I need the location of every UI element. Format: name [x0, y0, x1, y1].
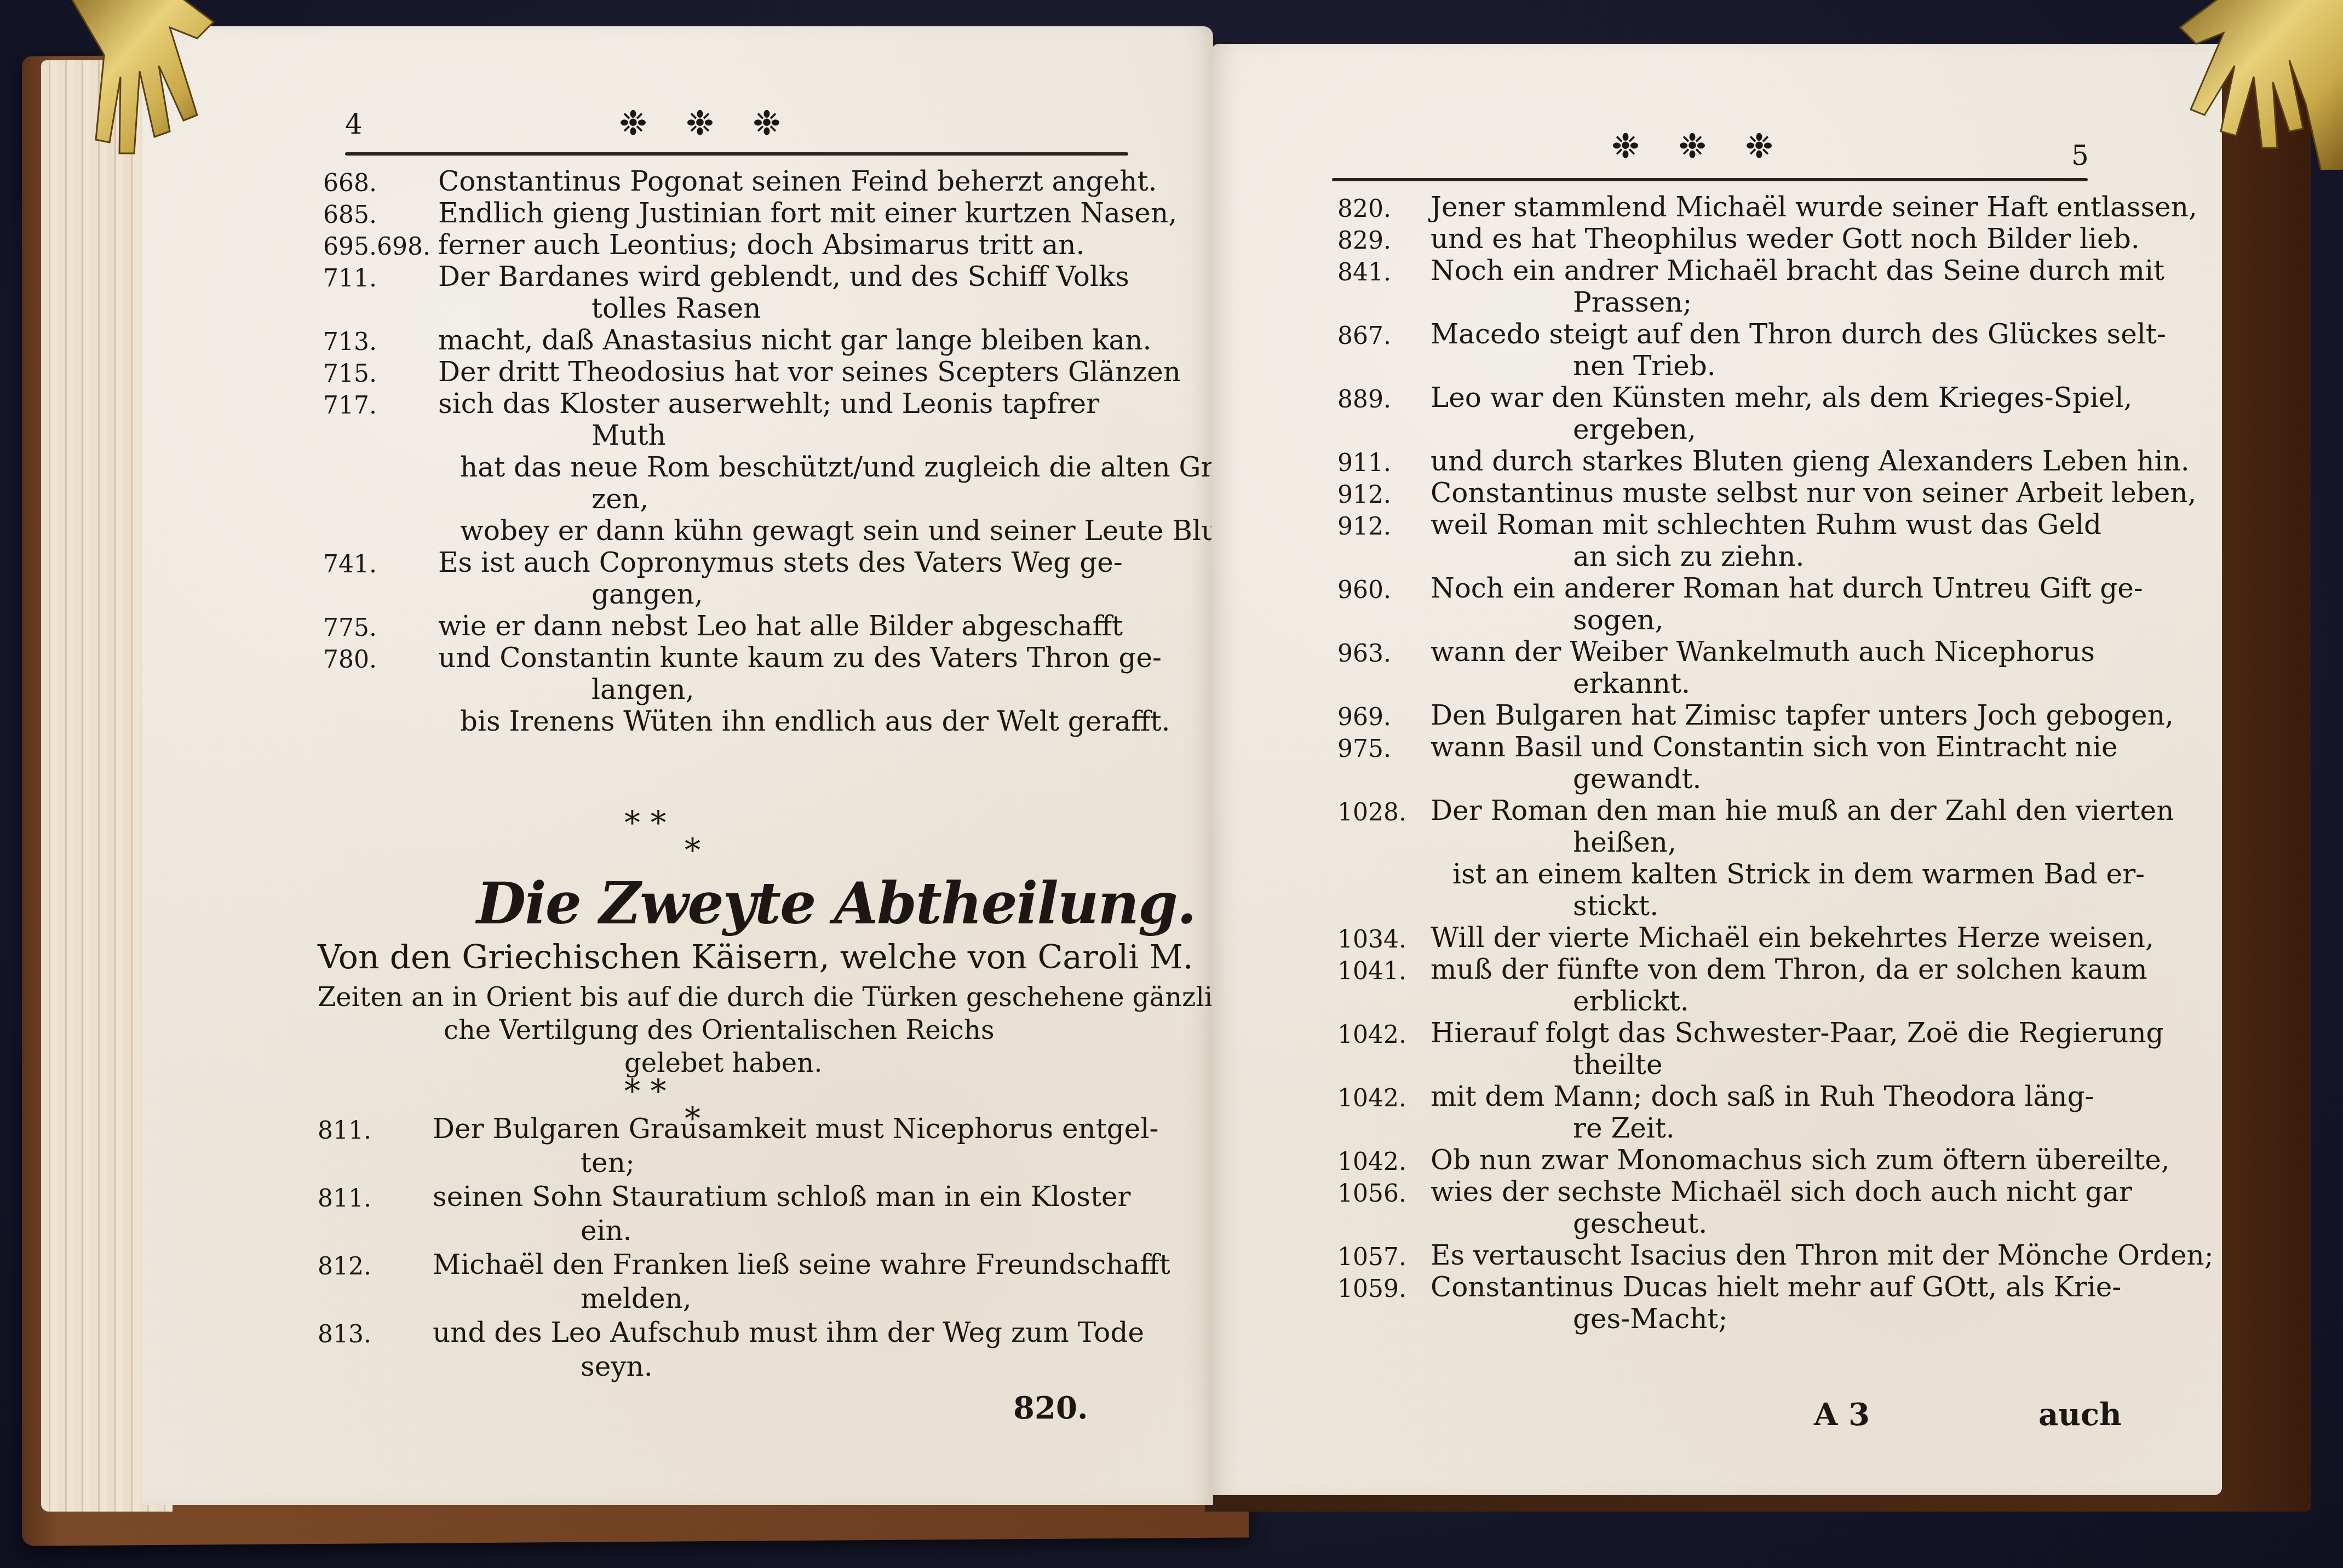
section-subtitle: che Vertilgung des Orientalischen Reichs	[444, 1015, 995, 1046]
page-number: 4	[345, 108, 363, 140]
entry-year: 685.	[323, 201, 377, 229]
entry-continuation: gewandt.	[1573, 763, 1701, 794]
entry-continuation: zen,	[592, 484, 648, 514]
page-number: 5	[2071, 140, 2089, 171]
entry-year: 1028.	[1337, 799, 1406, 826]
entry-text: wann Basil und Constantin sich von Eintr…	[1431, 732, 2117, 762]
entry-year: 820.	[1337, 195, 1391, 223]
entry-year: 1041.	[1337, 957, 1406, 985]
entry-text: ferner auch Leontius; doch Absimarus tri…	[438, 229, 1084, 260]
divider-stars: * *	[624, 804, 666, 841]
entry-year: 829.	[1337, 227, 1391, 255]
entry-continuation: tolles Rasen	[592, 293, 761, 324]
catchword: auch	[2038, 1397, 2122, 1433]
entry-year: 811.	[318, 1117, 371, 1145]
entry-year: 668.	[323, 169, 377, 197]
right-page: ❉❉❉ 5 820.Jener stammlend Michaël wurde …	[1211, 44, 2222, 1495]
entry-continuation: nen Trieb.	[1573, 351, 1716, 381]
entry-text: und es hat Theophilus weder Gott noch Bi…	[1431, 223, 2140, 254]
entry-continuation: Prassen;	[1573, 287, 1692, 318]
entry-year: 975.	[1337, 735, 1391, 763]
entry-text: Macedo steigt auf den Thron durch des Gl…	[1431, 319, 2166, 349]
entry-year: 1042.	[1337, 1084, 1406, 1112]
entry-text: wies der sechste Michaël sich doch auch …	[1431, 1176, 2132, 1207]
entry-text: Ob nun zwar Monomachus sich zum öftern ü…	[1431, 1145, 2170, 1175]
entry-year: 717.	[323, 392, 377, 420]
left-page: 4 ❉❉❉ 668.Constantinus Pogonat seinen Fe…	[142, 26, 1213, 1505]
entry-continuation: heißen,	[1573, 827, 1676, 858]
entry-text: hat das neue Rom beschützt/und zugleich …	[460, 452, 1257, 483]
catchword: 820.	[1013, 1390, 1088, 1426]
entry-text: muß der fünfte von dem Thron, da er solc…	[1431, 954, 2147, 985]
entry-text: Der Bulgaren Grausamkeit must Nicephorus…	[433, 1113, 1158, 1144]
entry-continuation: ges-Macht;	[1573, 1303, 1727, 1334]
section-heading: Die Zweyte Abtheilung.	[476, 870, 1196, 937]
entry-year: 1057.	[1337, 1243, 1406, 1271]
entry-text: Michaël den Franken ließ seine wahre Fre…	[433, 1249, 1170, 1280]
entry-text: Leo war den Künsten mehr, als dem Kriege…	[1431, 382, 2132, 413]
entry-text: wobey er dann kühn gewagt sein und seine…	[460, 515, 1238, 546]
entry-text: Constantinus Ducas hielt mehr auf GOtt, …	[1431, 1272, 2121, 1302]
header-ornament-icon: ❉❉❉	[619, 103, 819, 143]
entry-continuation: gescheut.	[1573, 1208, 1707, 1239]
entry-year: 912.	[1337, 481, 1391, 509]
entry-year: 713.	[323, 328, 377, 356]
entry-text: und des Leo Aufschub must ihm der Weg zu…	[433, 1317, 1144, 1348]
divider-star: *	[685, 831, 700, 869]
entry-text: Hierauf folgt das Schwester-Paar, Zoë di…	[1431, 1018, 2164, 1048]
entry-year: 812.	[318, 1253, 371, 1280]
entry-text: Constantinus Pogonat seinen Feind beherz…	[438, 166, 1157, 197]
entry-year: 741.	[323, 550, 377, 578]
entry-text: Endlich gieng Justinian fort mit einer k…	[438, 198, 1177, 228]
entry-text: macht, daß Anastasius nicht gar lange bl…	[438, 325, 1151, 355]
section-subtitle: Von den Griechischen Käisern, welche von…	[318, 938, 1193, 977]
entry-text: wann der Weiber Wankelmuth auch Nicephor…	[1431, 636, 2095, 667]
entry-year: 911.	[1337, 449, 1391, 477]
entry-text: Der Bardanes wird geblendt, und des Schi…	[438, 261, 1129, 292]
header-ornament-icon: ❉❉❉	[1611, 126, 1812, 166]
entry-continuation: langen,	[592, 674, 694, 705]
entry-continuation: erkannt.	[1573, 668, 1690, 699]
header-rule	[1332, 178, 2088, 181]
entry-year: 775.	[323, 614, 377, 642]
entry-continuation: ten;	[581, 1147, 635, 1178]
entry-year: 960.	[1337, 576, 1391, 604]
entry-text: Noch ein anderer Roman hat durch Untreu …	[1431, 573, 2143, 604]
entry-continuation: gangen,	[592, 579, 703, 610]
entry-text: Noch ein andrer Michaël bracht das Seine…	[1431, 255, 2164, 286]
entry-continuation: Muth	[592, 420, 666, 451]
entry-year: 912.	[1337, 513, 1391, 541]
entry-text: Es ist auch Copronymus stets des Vaters …	[438, 547, 1123, 578]
entry-text: seinen Sohn Stauratium schloß man in ein…	[433, 1181, 1130, 1212]
entry-year: 813.	[318, 1320, 371, 1348]
entry-text: weil Roman mit schlechten Ruhm wust das …	[1431, 509, 2101, 540]
entry-text: wie er dann nebst Leo hat alle Bilder ab…	[438, 611, 1123, 641]
entry-continuation: ein.	[581, 1215, 632, 1246]
entry-text: Will der vierte Michaël ein bekehrtes He…	[1431, 922, 2154, 953]
entry-year: 963.	[1337, 640, 1391, 668]
entry-continuation: erblickt.	[1573, 986, 1689, 1016]
signature-mark: A 3	[1814, 1397, 1870, 1433]
entry-year: 811.	[318, 1185, 371, 1213]
entry-year: 1056.	[1337, 1180, 1406, 1208]
entry-text: bis Irenens Wüten ihn endlich aus der We…	[460, 706, 1170, 737]
entry-continuation: ergeben,	[1573, 414, 1696, 445]
entry-continuation: re Zeit.	[1573, 1113, 1675, 1144]
entry-text: Jener stammlend Michaël wurde seiner Haf…	[1431, 192, 2197, 222]
entry-year: 715.	[323, 360, 377, 388]
entry-continuation: an sich zu ziehn.	[1573, 541, 1804, 572]
entry-year: 1042.	[1337, 1148, 1406, 1176]
entry-year: 889.	[1337, 386, 1391, 413]
section-subtitle: Zeiten an in Orient bis auf die durch di…	[318, 982, 1221, 1013]
entry-text: und Constantin kunte kaum zu des Vaters …	[438, 642, 1162, 673]
brass-hand-clip-icon	[2125, 0, 2343, 170]
entry-text: Constantinus muste selbst nur von seiner…	[1431, 478, 2196, 508]
entry-year: 711.	[323, 265, 377, 292]
entry-year: 1042.	[1337, 1021, 1406, 1049]
divider-stars: * *	[624, 1072, 666, 1110]
entry-text: mit dem Mann; doch saß in Ruh Theodora l…	[1431, 1081, 2094, 1112]
entry-text: ist an einem kalten Strick in dem warmen…	[1452, 859, 2145, 889]
entry-text: Den Bulgaren hat Zimisc tapfer unters Jo…	[1431, 700, 2174, 731]
entry-continuation: sogen,	[1573, 605, 1663, 635]
entry-continuation: seyn.	[581, 1351, 653, 1382]
entry-text: Der dritt Theodosius hat vor seines Scep…	[438, 357, 1181, 387]
entry-year: 1034.	[1337, 926, 1406, 954]
entry-text: Es vertauscht Isacius den Thron mit der …	[1431, 1240, 2214, 1271]
brass-hand-clip-icon	[33, 0, 268, 164]
header-rule	[345, 152, 1128, 156]
entry-year: 867.	[1337, 322, 1391, 350]
entry-year: 969.	[1337, 703, 1391, 731]
entry-text: und durch starkes Bluten gieng Alexander…	[1431, 446, 2190, 476]
entry-continuation: melden,	[581, 1283, 692, 1314]
entry-year: 695.698.	[323, 233, 430, 261]
entry-year: 841.	[1337, 259, 1391, 286]
entry-continuation: theilte	[1573, 1049, 1663, 1080]
entry-year: 780.	[323, 646, 377, 674]
entry-text: Der Roman den man hie muß an der Zahl de…	[1431, 795, 2174, 826]
entry-year: 1059.	[1337, 1275, 1406, 1303]
entry-text: sich das Kloster auserwehlt; und Leonis …	[438, 388, 1099, 419]
entry-continuation: stickt.	[1573, 891, 1658, 921]
